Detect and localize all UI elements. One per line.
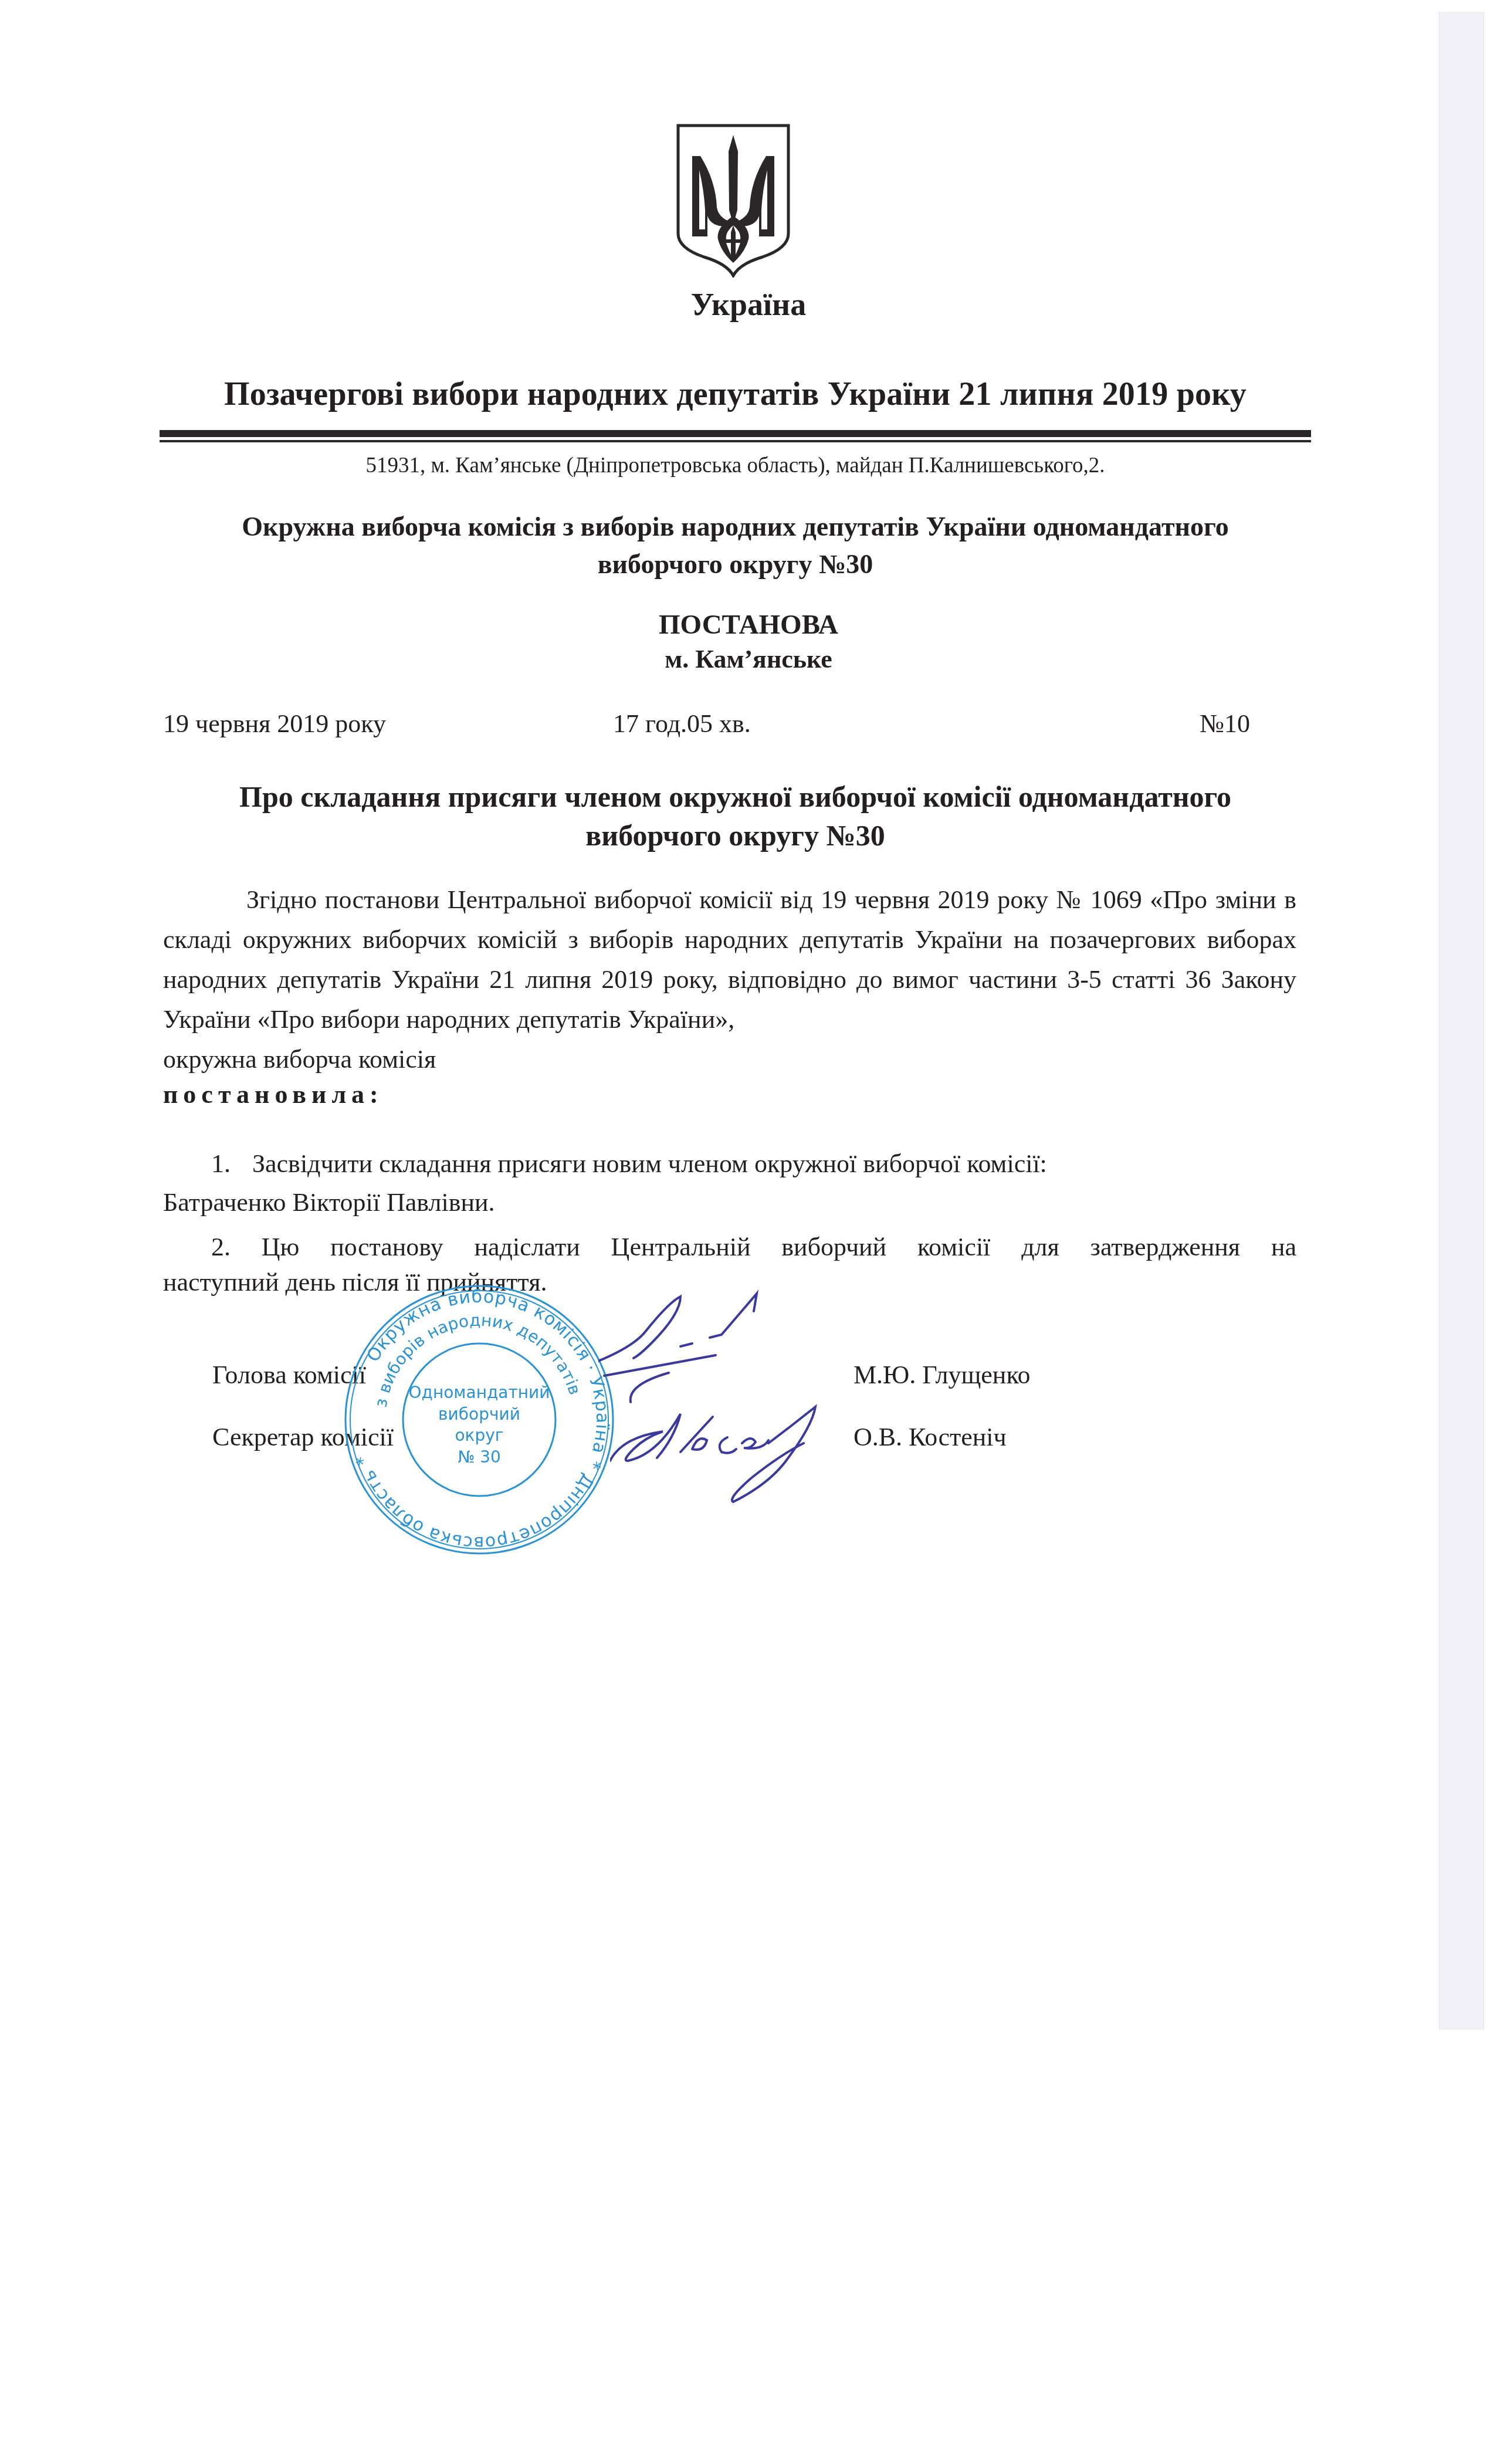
secretary-signature-icon [610, 1402, 833, 1514]
document-number: №10 [1200, 709, 1250, 739]
svg-text:Одномандатний: Одномандатний [409, 1383, 550, 1402]
chair-signature-icon [598, 1279, 786, 1420]
chair-name: М.Ю. Глущенко [854, 1360, 1031, 1390]
document-date: 19 червня 2019 року [163, 709, 386, 739]
committee-name: Окружна виборча комісія з виборів народн… [160, 508, 1311, 583]
preamble-last-line: окружна виборча комісія [163, 1040, 1296, 1079]
coat-of-arms-icon [675, 122, 792, 277]
document-subject: Про складання присяги членом окружної ви… [160, 777, 1311, 855]
committee-address: 51931, м. Кам’янське (Дніпропетровська о… [160, 453, 1311, 478]
official-stamp-icon: Окружна виборча комісія · Україна * Дніп… [343, 1284, 615, 1556]
document-time: 17 год.05 хв. [613, 709, 751, 739]
document-type: ПОСТАНОВА [0, 609, 1497, 641]
header-rule-thick [160, 430, 1311, 437]
subject-line1: Про складання присяги членом окружної ви… [160, 777, 1311, 816]
election-title: Позачергові вибори народних депутатів Ук… [160, 375, 1311, 413]
item-1-number: 1. [211, 1149, 231, 1179]
resolved-heading: постановила: [163, 1079, 384, 1109]
item-2-number: 2. [211, 1233, 231, 1261]
item-2-text: 2. Цю постанову надіслати Центральній ви… [163, 1227, 1296, 1267]
preamble-paragraph: Згідно постанови Центральної виборчої ко… [163, 880, 1296, 1040]
subject-line2: виборчого округу №30 [160, 816, 1311, 855]
committee-name-line1: Окружна виборча комісія з виборів народн… [160, 508, 1311, 546]
item-1-text: Засвідчити складання присяги новим члено… [252, 1149, 1047, 1179]
document-city: м. Кам’янське [0, 644, 1497, 674]
item-1-continuation: Батраченко Вікторії Павлівни. [163, 1187, 495, 1217]
committee-name-line2: виборчого округу №30 [160, 546, 1311, 583]
header-rule-thin [160, 440, 1311, 442]
svg-text:округ: округ [455, 1426, 503, 1445]
secretary-name: О.В. Костеніч [854, 1422, 1007, 1452]
country-heading: Україна [0, 286, 1497, 323]
svg-text:№ 30: № 30 [458, 1447, 501, 1467]
svg-text:виборчий: виборчий [438, 1404, 520, 1424]
item-2-body: Цю постанову надіслати Центральній вибор… [262, 1233, 1296, 1261]
